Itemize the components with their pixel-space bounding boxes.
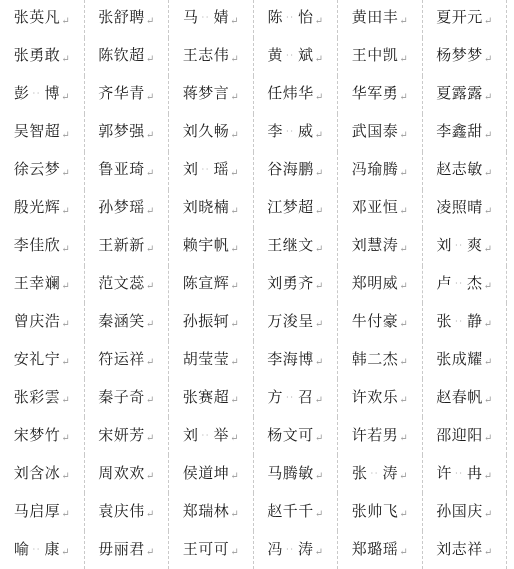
person-name: 王继文 <box>267 239 314 254</box>
name-cell[interactable]: 鲁亚琦↵ <box>85 152 170 190</box>
fullwidth-space-mark: ∙∙ <box>452 241 467 250</box>
name-cell[interactable]: 许∙∙冉↵ <box>423 455 508 493</box>
name-cell[interactable]: 冯瑜腾↵ <box>338 152 423 190</box>
person-name: 殷光辉 <box>14 201 61 216</box>
person-name: 李鑫甜 <box>436 125 483 140</box>
person-name: 刘∙∙举 <box>183 429 229 444</box>
person-name: 刘含冰 <box>14 467 61 482</box>
name-cell[interactable]: 张英凡↵ <box>0 0 85 38</box>
person-name: 符运祥 <box>98 353 145 368</box>
name-cell[interactable]: 武国泰↵ <box>338 114 423 152</box>
paragraph-mark-icon: ↵ <box>61 320 69 330</box>
person-name: 陈钦超 <box>98 49 145 64</box>
name-cell[interactable]: 王新新↵ <box>85 228 170 266</box>
person-name: 刘晓楠 <box>183 201 230 216</box>
name-cell[interactable]: 马腾敏↵ <box>254 455 339 493</box>
name-cell[interactable]: 郑璐瑶↵ <box>338 531 423 569</box>
paragraph-mark-icon: ↵ <box>146 93 154 103</box>
person-name: 张英凡 <box>14 11 61 26</box>
name-cell[interactable]: 张成耀↵ <box>423 341 508 379</box>
name-cell[interactable]: 黄田丰↵ <box>338 0 423 38</box>
paragraph-mark-icon: ↵ <box>399 510 407 520</box>
paragraph-mark-icon: ↵ <box>230 93 238 103</box>
name-cell[interactable]: 胡莹莹↵ <box>169 341 254 379</box>
person-name: 毋丽君 <box>98 543 145 558</box>
person-name: 宋妍芳 <box>98 429 145 444</box>
fullwidth-space-mark: ∙∙ <box>368 469 383 478</box>
paragraph-mark-icon: ↵ <box>146 282 154 292</box>
name-cell[interactable]: 张帅飞↵ <box>338 493 423 531</box>
fullwidth-space-mark: ∙∙ <box>452 279 467 288</box>
paragraph-mark-icon: ↵ <box>146 207 154 217</box>
name-cell[interactable]: 喻∙∙康↵ <box>0 531 85 569</box>
person-name: 刘久畅 <box>183 125 230 140</box>
person-name: 江梦超 <box>267 201 314 216</box>
paragraph-mark-icon: ↵ <box>484 93 492 103</box>
name-cell[interactable]: 张勇敢↵ <box>0 38 85 76</box>
paragraph-mark-icon: ↵ <box>230 548 238 558</box>
paragraph-mark-icon: ↵ <box>484 358 492 368</box>
person-name: 邵迎阳 <box>436 429 483 444</box>
name-cell[interactable]: 韩二杰↵ <box>338 341 423 379</box>
paragraph-mark-icon: ↵ <box>315 434 323 444</box>
name-cell[interactable]: 蒋梦言↵ <box>169 76 254 114</box>
paragraph-mark-icon: ↵ <box>61 245 69 255</box>
name-cell[interactable]: 刘∙∙爽↵ <box>423 228 508 266</box>
fullwidth-space-mark: ∙∙ <box>30 89 45 98</box>
name-cell[interactable]: 周欢欢↵ <box>85 455 170 493</box>
person-name: 许∙∙冉 <box>437 467 483 482</box>
person-name: 华军勇 <box>352 87 399 102</box>
paragraph-mark-icon: ↵ <box>61 55 69 65</box>
name-cell[interactable]: 殷光辉↵ <box>0 190 85 228</box>
person-name: 万浚呈 <box>267 315 314 330</box>
paragraph-mark-icon: ↵ <box>315 207 323 217</box>
name-cell[interactable]: 赵志敏↵ <box>423 152 508 190</box>
name-cell[interactable]: 李海博↵ <box>254 341 339 379</box>
name-cell[interactable]: 郑瑞林↵ <box>169 493 254 531</box>
paragraph-mark-icon: ↵ <box>315 472 323 482</box>
person-name: 许欢乐 <box>352 391 399 406</box>
person-name: 齐华青 <box>98 87 145 102</box>
paragraph-mark-icon: ↵ <box>61 434 69 444</box>
paragraph-mark-icon: ↵ <box>61 358 69 368</box>
paragraph-mark-icon: ↵ <box>399 548 407 558</box>
paragraph-mark-icon: ↵ <box>315 510 323 520</box>
name-cell[interactable]: 郑明威↵ <box>338 266 423 304</box>
name-cell[interactable]: 宋梦竹↵ <box>0 417 85 455</box>
paragraph-mark-icon: ↵ <box>146 510 154 520</box>
person-name: 武国泰 <box>352 125 399 140</box>
person-name: 冯∙∙涛 <box>268 543 314 558</box>
person-name: 杨文可 <box>267 429 314 444</box>
person-name: 鲁亚琦 <box>98 163 145 178</box>
paragraph-mark-icon: ↵ <box>315 55 323 65</box>
name-cell[interactable]: 凌照晴↵ <box>423 190 508 228</box>
paragraph-mark-icon: ↵ <box>484 320 492 330</box>
paragraph-mark-icon: ↵ <box>230 245 238 255</box>
name-cell[interactable]: 王志伟↵ <box>169 38 254 76</box>
name-cell[interactable]: 张∙∙涛↵ <box>338 455 423 493</box>
name-cell[interactable]: 孙国庆↵ <box>423 493 508 531</box>
paragraph-mark-icon: ↵ <box>61 93 69 103</box>
person-name: 张∙∙静 <box>437 315 483 330</box>
person-name: 彭∙∙博 <box>14 87 60 102</box>
name-cell[interactable]: 万浚呈↵ <box>254 303 339 341</box>
paragraph-mark-icon: ↵ <box>399 169 407 179</box>
name-cell[interactable]: 王中凯↵ <box>338 38 423 76</box>
fullwidth-space-mark: ∙∙ <box>452 317 467 326</box>
person-name: 马腾敏 <box>267 467 314 482</box>
paragraph-mark-icon: ↵ <box>315 17 323 27</box>
fullwidth-space-mark: ∙∙ <box>283 51 298 60</box>
name-cell[interactable]: 华军勇↵ <box>338 76 423 114</box>
paragraph-mark-icon: ↵ <box>61 17 69 27</box>
name-cell[interactable]: 王幸斓↵ <box>0 266 85 304</box>
name-cell[interactable]: 张舒聘↵ <box>85 0 170 38</box>
name-cell[interactable]: 邵迎阳↵ <box>423 417 508 455</box>
name-cell[interactable]: 方∙∙召↵ <box>254 379 339 417</box>
paragraph-mark-icon: ↵ <box>399 245 407 255</box>
person-name: 张帅飞 <box>352 505 399 520</box>
person-name: 赵志敏 <box>436 163 483 178</box>
paragraph-mark-icon: ↵ <box>315 131 323 141</box>
paragraph-mark-icon: ↵ <box>230 396 238 406</box>
name-cell[interactable]: 牛付豪↵ <box>338 303 423 341</box>
person-name: 宋梦竹 <box>14 429 61 444</box>
name-cell[interactable]: 赖宇帆↵ <box>169 228 254 266</box>
paragraph-mark-icon: ↵ <box>315 358 323 368</box>
name-cell[interactable]: 冯∙∙涛↵ <box>254 531 339 569</box>
paragraph-mark-icon: ↵ <box>61 207 69 217</box>
person-name: 赵春帆 <box>436 391 483 406</box>
fullwidth-space-mark: ∙∙ <box>283 545 298 554</box>
person-name: 胡莹莹 <box>183 353 230 368</box>
name-cell[interactable]: 刘勇齐↵ <box>254 266 339 304</box>
paragraph-mark-icon: ↵ <box>315 93 323 103</box>
person-name: 李海博 <box>267 353 314 368</box>
fullwidth-space-mark: ∙∙ <box>199 431 214 440</box>
person-name: 谷海鹏 <box>267 163 314 178</box>
name-cell[interactable]: 刘晓楠↵ <box>169 190 254 228</box>
paragraph-mark-icon: ↵ <box>484 245 492 255</box>
person-name: 任炜华 <box>267 87 314 102</box>
paragraph-mark-icon: ↵ <box>61 169 69 179</box>
paragraph-mark-icon: ↵ <box>399 396 407 406</box>
paragraph-mark-icon: ↵ <box>146 245 154 255</box>
paragraph-mark-icon: ↵ <box>399 55 407 65</box>
paragraph-mark-icon: ↵ <box>484 169 492 179</box>
person-name: 孙振轲 <box>183 315 230 330</box>
name-cell[interactable]: 张∙∙静↵ <box>423 303 508 341</box>
paragraph-mark-icon: ↵ <box>61 282 69 292</box>
paragraph-mark-icon: ↵ <box>146 472 154 482</box>
name-cell[interactable]: 刘志祥↵ <box>423 531 508 569</box>
person-name: 王志伟 <box>183 49 230 64</box>
person-name: 周欢欢 <box>98 467 145 482</box>
name-cell[interactable]: 黄∙∙斌↵ <box>254 38 339 76</box>
name-cell[interactable]: 秦涵笑↵ <box>85 303 170 341</box>
paragraph-mark-icon: ↵ <box>146 55 154 65</box>
name-cell[interactable]: 毋丽君↵ <box>85 531 170 569</box>
paragraph-mark-icon: ↵ <box>484 131 492 141</box>
paragraph-mark-icon: ↵ <box>399 358 407 368</box>
person-name: 刘∙∙爽 <box>437 239 483 254</box>
document-page: 张英凡↵张舒聘↵马∙∙婧↵陈∙∙怡↵黄田丰↵夏开元↵张勇敢↵陈钦超↵王志伟↵黄∙… <box>0 0 514 569</box>
paragraph-mark-icon: ↵ <box>484 17 492 27</box>
person-name: 刘∙∙瑶 <box>183 163 229 178</box>
paragraph-mark-icon: ↵ <box>484 207 492 217</box>
name-cell[interactable]: 秦子奇↵ <box>85 379 170 417</box>
name-cell[interactable]: 陈钦超↵ <box>85 38 170 76</box>
name-cell[interactable]: 刘久畅↵ <box>169 114 254 152</box>
paragraph-mark-icon: ↵ <box>146 358 154 368</box>
person-name: 张赛超 <box>183 391 230 406</box>
paragraph-mark-icon: ↵ <box>315 282 323 292</box>
name-cell[interactable]: 刘∙∙举↵ <box>169 417 254 455</box>
name-cell[interactable]: 江梦超↵ <box>254 190 339 228</box>
person-name: 张∙∙涛 <box>352 467 398 482</box>
paragraph-mark-icon: ↵ <box>146 17 154 27</box>
name-cell[interactable]: 徐云梦↵ <box>0 152 85 190</box>
paragraph-mark-icon: ↵ <box>146 548 154 558</box>
person-name: 王新新 <box>98 239 145 254</box>
name-cell[interactable]: 王继文↵ <box>254 228 339 266</box>
person-name: 韩二杰 <box>352 353 399 368</box>
paragraph-mark-icon: ↵ <box>484 55 492 65</box>
paragraph-mark-icon: ↵ <box>399 282 407 292</box>
name-cell[interactable]: 袁庆伟↵ <box>85 493 170 531</box>
person-name: 王可可 <box>183 543 230 558</box>
fullwidth-space-mark: ∙∙ <box>283 393 298 402</box>
name-cell[interactable]: 李∙∙威↵ <box>254 114 339 152</box>
paragraph-mark-icon: ↵ <box>399 17 407 27</box>
person-name: 许若男 <box>352 429 399 444</box>
paragraph-mark-icon: ↵ <box>230 55 238 65</box>
person-name: 黄田丰 <box>352 11 399 26</box>
person-name: 孙梦瑶 <box>98 201 145 216</box>
name-cell[interactable]: 卢∙∙杰↵ <box>423 266 508 304</box>
name-cell[interactable]: 吴智超↵ <box>0 114 85 152</box>
person-name: 郑瑞林 <box>183 505 230 520</box>
person-name: 陈∙∙怡 <box>268 11 314 26</box>
name-cell[interactable]: 安礼宁↵ <box>0 341 85 379</box>
paragraph-mark-icon: ↵ <box>399 207 407 217</box>
name-cell[interactable]: 夏开元↵ <box>423 0 508 38</box>
person-name: 牛付豪 <box>352 315 399 330</box>
person-name: 安礼宁 <box>14 353 61 368</box>
paragraph-mark-icon: ↵ <box>230 320 238 330</box>
person-name: 黄∙∙斌 <box>268 49 314 64</box>
name-cell[interactable]: 杨文可↵ <box>254 417 339 455</box>
name-cell[interactable]: 曾庆浩↵ <box>0 303 85 341</box>
name-cell[interactable]: 杨梦梦↵ <box>423 38 508 76</box>
fullwidth-space-mark: ∙∙ <box>30 545 45 554</box>
paragraph-mark-icon: ↵ <box>484 434 492 444</box>
paragraph-mark-icon: ↵ <box>399 320 407 330</box>
paragraph-mark-icon: ↵ <box>146 396 154 406</box>
person-name: 张勇敢 <box>14 49 61 64</box>
paragraph-mark-icon: ↵ <box>61 510 69 520</box>
person-name: 曾庆浩 <box>14 315 61 330</box>
name-cell[interactable]: 张彩雲↵ <box>0 379 85 417</box>
name-cell[interactable]: 侯道坤↵ <box>169 455 254 493</box>
person-name: 郭梦强 <box>98 125 145 140</box>
paragraph-mark-icon: ↵ <box>315 548 323 558</box>
person-name: 夏露露 <box>436 87 483 102</box>
person-name: 郑明威 <box>352 277 399 292</box>
paragraph-mark-icon: ↵ <box>61 472 69 482</box>
person-name: 刘志祥 <box>436 543 483 558</box>
person-name: 邓亚恒 <box>352 201 399 216</box>
person-name: 喻∙∙康 <box>14 543 60 558</box>
name-cell[interactable]: 郭梦强↵ <box>85 114 170 152</box>
fullwidth-space-mark: ∙∙ <box>283 13 298 22</box>
person-name: 刘慧涛 <box>352 239 399 254</box>
name-cell[interactable]: 陈∙∙怡↵ <box>254 0 339 38</box>
name-cell[interactable]: 齐华青↵ <box>85 76 170 114</box>
paragraph-mark-icon: ↵ <box>230 510 238 520</box>
paragraph-mark-icon: ↵ <box>230 282 238 292</box>
name-cell[interactable]: 彭∙∙博↵ <box>0 76 85 114</box>
person-name: 范文蕊 <box>98 277 145 292</box>
paragraph-mark-icon: ↵ <box>230 169 238 179</box>
paragraph-mark-icon: ↵ <box>146 131 154 141</box>
paragraph-mark-icon: ↵ <box>484 472 492 482</box>
paragraph-mark-icon: ↵ <box>61 131 69 141</box>
name-cell[interactable]: 孙振轲↵ <box>169 303 254 341</box>
paragraph-mark-icon: ↵ <box>230 472 238 482</box>
person-name: 赵千千 <box>267 505 314 520</box>
person-name: 吴智超 <box>14 125 61 140</box>
person-name: 方∙∙召 <box>268 391 314 406</box>
paragraph-mark-icon: ↵ <box>146 320 154 330</box>
name-cell[interactable]: 陈宣辉↵ <box>169 266 254 304</box>
fullwidth-space-mark: ∙∙ <box>283 127 298 136</box>
name-cell[interactable]: 符运祥↵ <box>85 341 170 379</box>
name-cell[interactable]: 许若男↵ <box>338 417 423 455</box>
paragraph-mark-icon: ↵ <box>399 434 407 444</box>
person-name: 郑璐瑶 <box>352 543 399 558</box>
person-name: 夏开元 <box>436 11 483 26</box>
name-cell[interactable]: 刘慧涛↵ <box>338 228 423 266</box>
name-cell[interactable]: 宋妍芳↵ <box>85 417 170 455</box>
paragraph-mark-icon: ↵ <box>61 396 69 406</box>
paragraph-mark-icon: ↵ <box>230 434 238 444</box>
person-name: 凌照晴 <box>436 201 483 216</box>
person-name: 秦子奇 <box>98 391 145 406</box>
person-name: 李佳欣 <box>14 239 61 254</box>
person-name: 张舒聘 <box>98 11 145 26</box>
paragraph-mark-icon: ↵ <box>230 17 238 27</box>
paragraph-mark-icon: ↵ <box>230 207 238 217</box>
paragraph-mark-icon: ↵ <box>484 396 492 406</box>
person-name: 马∙∙婧 <box>183 11 229 26</box>
paragraph-mark-icon: ↵ <box>230 131 238 141</box>
name-cell[interactable]: 刘含冰↵ <box>0 455 85 493</box>
name-cell[interactable]: 邓亚恒↵ <box>338 190 423 228</box>
paragraph-mark-icon: ↵ <box>399 93 407 103</box>
person-name: 张彩雲 <box>14 391 61 406</box>
person-name: 马启厚 <box>14 505 61 520</box>
person-name: 孙国庆 <box>436 505 483 520</box>
name-cell[interactable]: 赵春帆↵ <box>423 379 508 417</box>
person-name: 卢∙∙杰 <box>437 277 483 292</box>
name-cell[interactable]: 赵千千↵ <box>254 493 339 531</box>
person-name: 蒋梦言 <box>183 87 230 102</box>
person-name: 徐云梦 <box>14 163 61 178</box>
paragraph-mark-icon: ↵ <box>484 510 492 520</box>
person-name: 侯道坤 <box>183 467 230 482</box>
name-cell[interactable]: 马启厚↵ <box>0 493 85 531</box>
person-name: 袁庆伟 <box>98 505 145 520</box>
name-cell[interactable]: 许欢乐↵ <box>338 379 423 417</box>
paragraph-mark-icon: ↵ <box>315 396 323 406</box>
name-cell[interactable]: 张赛超↵ <box>169 379 254 417</box>
paragraph-mark-icon: ↵ <box>484 282 492 292</box>
name-cell[interactable]: 马∙∙婧↵ <box>169 0 254 38</box>
person-name: 陈宣辉 <box>183 277 230 292</box>
name-cell[interactable]: 孙梦瑶↵ <box>85 190 170 228</box>
person-name: 李∙∙威 <box>268 125 314 140</box>
paragraph-mark-icon: ↵ <box>146 169 154 179</box>
paragraph-mark-icon: ↵ <box>315 245 323 255</box>
person-name: 杨梦梦 <box>436 49 483 64</box>
name-cell[interactable]: 范文蕊↵ <box>85 266 170 304</box>
person-name: 秦涵笑 <box>98 315 145 330</box>
name-cell[interactable]: 夏露露↵ <box>423 76 508 114</box>
paragraph-mark-icon: ↵ <box>399 472 407 482</box>
paragraph-mark-icon: ↵ <box>315 169 323 179</box>
name-table: 张英凡↵张舒聘↵马∙∙婧↵陈∙∙怡↵黄田丰↵夏开元↵张勇敢↵陈钦超↵王志伟↵黄∙… <box>0 0 507 569</box>
name-cell[interactable]: 刘∙∙瑶↵ <box>169 152 254 190</box>
paragraph-mark-icon: ↵ <box>146 434 154 444</box>
fullwidth-space-mark: ∙∙ <box>199 13 214 22</box>
person-name: 张成耀 <box>436 353 483 368</box>
person-name: 赖宇帆 <box>183 239 230 254</box>
name-cell[interactable]: 王可可↵ <box>169 531 254 569</box>
name-cell[interactable]: 任炜华↵ <box>254 76 339 114</box>
fullwidth-space-mark: ∙∙ <box>199 165 214 174</box>
paragraph-mark-icon: ↵ <box>484 548 492 558</box>
paragraph-mark-icon: ↵ <box>61 548 69 558</box>
name-cell[interactable]: 李佳欣↵ <box>0 228 85 266</box>
person-name: 刘勇齐 <box>267 277 314 292</box>
name-cell[interactable]: 谷海鹏↵ <box>254 152 339 190</box>
paragraph-mark-icon: ↵ <box>399 131 407 141</box>
person-name: 冯瑜腾 <box>352 163 399 178</box>
paragraph-mark-icon: ↵ <box>315 320 323 330</box>
fullwidth-space-mark: ∙∙ <box>452 469 467 478</box>
person-name: 王幸斓 <box>14 277 61 292</box>
paragraph-mark-icon: ↵ <box>230 358 238 368</box>
person-name: 王中凯 <box>352 49 399 64</box>
name-cell[interactable]: 李鑫甜↵ <box>423 114 508 152</box>
